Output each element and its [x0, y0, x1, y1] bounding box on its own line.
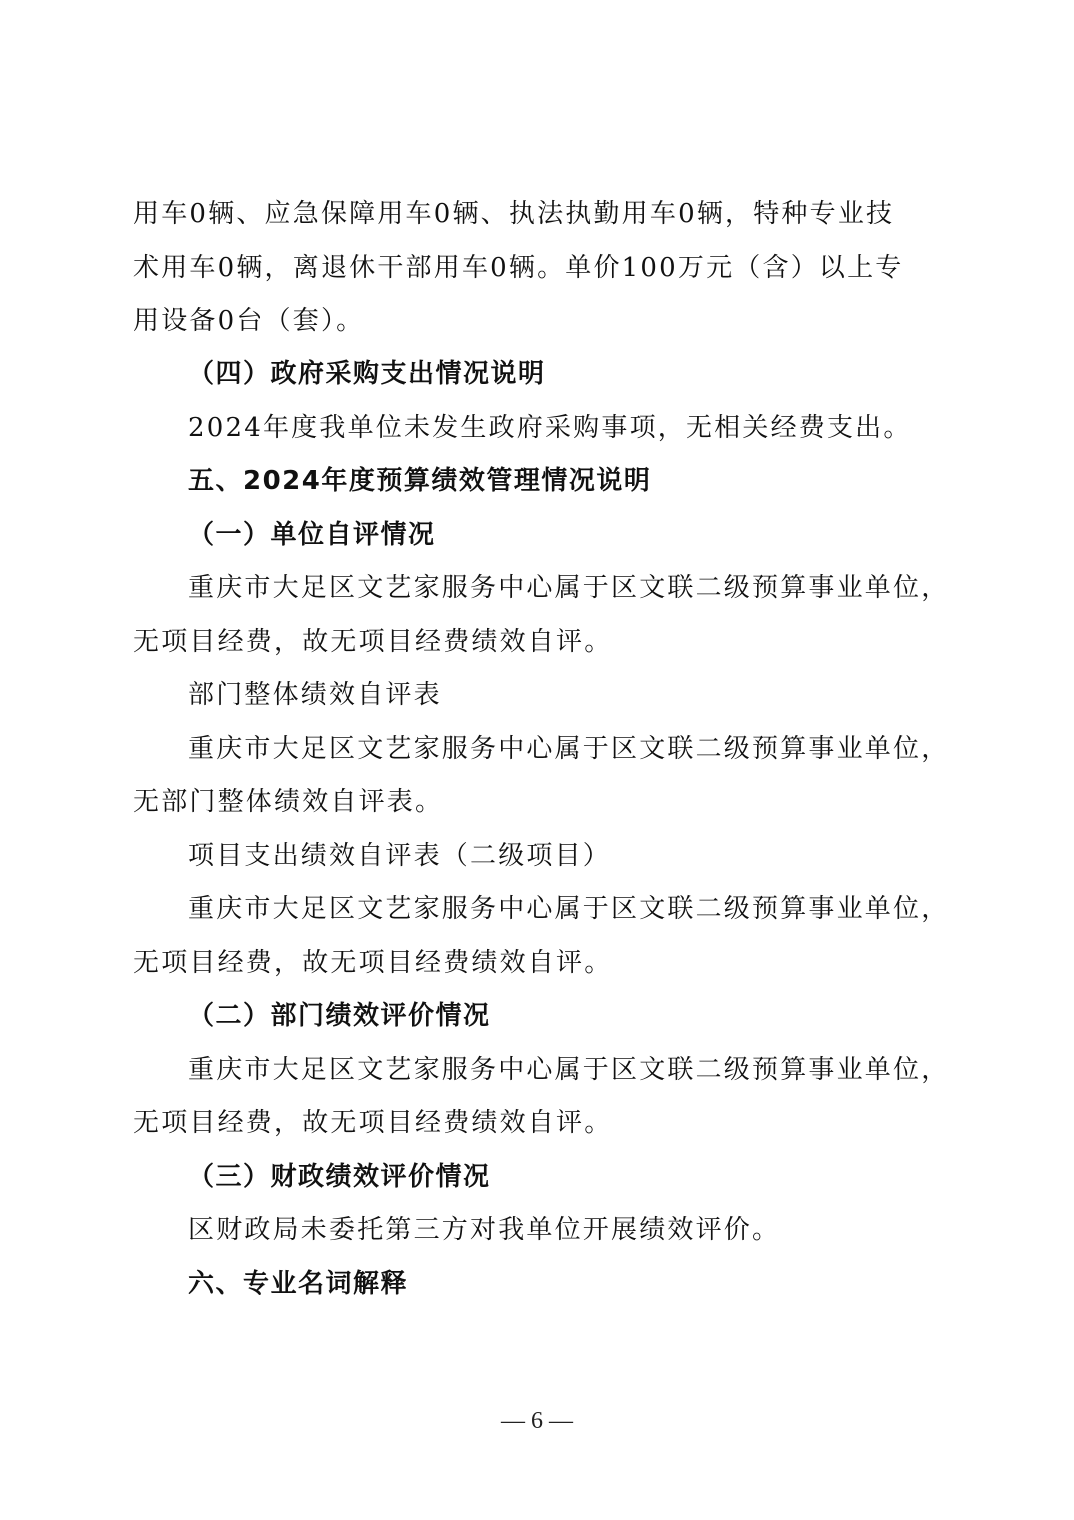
section-heading-5-1: （一）单位自评情况 [188, 515, 1008, 555]
table-title-dept: 部门整体绩效自评表 [188, 675, 1008, 715]
body-text-line: 重庆市大足区文艺家服务中心属于区文联二级预算事业单位， [188, 1050, 1008, 1090]
body-text-line: 用车0辆、应急保障用车0辆、执法执勤用车0辆，特种专业技 [133, 194, 953, 234]
body-text-line: 无部门整体绩效自评表。 [133, 782, 953, 822]
chapter-heading-5: 五、2024年度预算绩效管理情况说明 [188, 461, 1008, 501]
body-text-line: 区财政局未委托第三方对我单位开展绩效评价。 [188, 1210, 1008, 1250]
page-number: — 6 — [0, 1408, 1074, 1435]
section-heading-4: （四）政府采购支出情况说明 [188, 354, 1008, 394]
body-text-line: 无项目经费，故无项目经费绩效自评。 [133, 622, 953, 662]
body-text-line: 重庆市大足区文艺家服务中心属于区文联二级预算事业单位， [188, 568, 1008, 608]
section-heading-5-3: （三）财政绩效评价情况 [188, 1157, 1008, 1197]
document-page: 用车0辆、应急保障用车0辆、执法执勤用车0辆，特种专业技 术用车0辆，离退休干部… [0, 0, 1074, 1520]
body-text-line: 重庆市大足区文艺家服务中心属于区文联二级预算事业单位， [188, 889, 1008, 929]
chapter-heading-6: 六、专业名词解释 [188, 1264, 1008, 1304]
body-text-line: 2024年度我单位未发生政府采购事项，无相关经费支出。 [188, 408, 1008, 448]
table-title-project: 项目支出绩效自评表（二级项目） [188, 836, 1008, 876]
body-text-line: 重庆市大足区文艺家服务中心属于区文联二级预算事业单位， [188, 729, 1008, 769]
section-heading-5-2: （二）部门绩效评价情况 [188, 996, 1008, 1036]
body-text-line: 术用车0辆，离退休干部用车0辆。单价100万元（含）以上专 [133, 248, 953, 288]
body-text-line: 无项目经费，故无项目经费绩效自评。 [133, 943, 953, 983]
body-text-line: 用设备0台（套）。 [133, 301, 953, 341]
body-text-line: 无项目经费，故无项目经费绩效自评。 [133, 1103, 953, 1143]
